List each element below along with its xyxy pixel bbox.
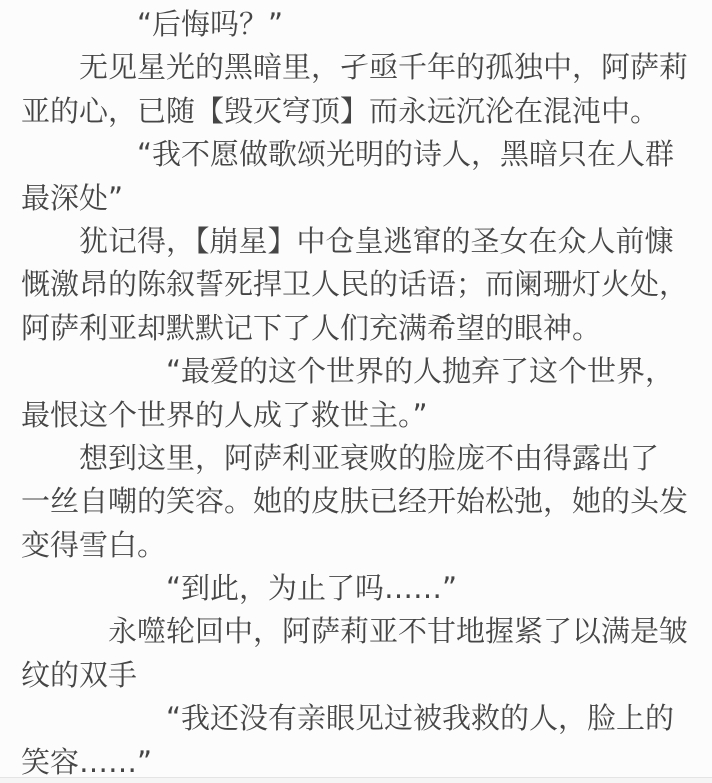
reader-page: “后悔吗？” 无见星光的黑暗里，孑亟千年的孤独中，阿萨莉亚的心，已随【毁灭穹顶】…	[0, 0, 712, 783]
text-line: “到此，为止了吗……”	[21, 567, 692, 610]
text-line: “我不愿做歌颂光明的诗人，黑暗只在人群	[21, 133, 692, 176]
text-line: 慨激昂的陈叙誓死捍卫人民的话语；而阑珊灯火处，	[21, 263, 692, 306]
text-line: 最深处”	[21, 177, 692, 220]
text-line: 纹的双手	[21, 654, 692, 697]
text-line: 永噬轮回中，阿萨莉亚不甘地握紧了以满是皱	[21, 610, 692, 653]
text-line: 一丝自嘲的笑容。她的皮肤已经开始松弛，她的头发	[21, 480, 692, 523]
novel-text-content: “后悔吗？” 无见星光的黑暗里，孑亟千年的孤独中，阿萨莉亚的心，已随【毁灭穹顶】…	[0, 0, 712, 783]
text-line: 犹记得，【崩星】中仓皇逃窜的圣女在众人前慷	[21, 220, 692, 263]
text-line: 变得雪白。	[21, 524, 692, 567]
text-line: 亚的心，已随【毁灭穹顶】而永远沉沦在混沌中。	[21, 90, 692, 133]
text-line: “后悔吗？”	[21, 3, 692, 46]
footer-bar	[0, 777, 712, 783]
text-line: “最爱的这个世界的人抛弃了这个世界，	[21, 350, 692, 393]
text-line: 最恨这个世界的人成了救世主。”	[21, 394, 692, 437]
text-line: 想到这里，阿萨利亚衰败的脸庞不由得露出了	[21, 437, 692, 480]
text-line: “我还没有亲眼见过被我救的人，脸上的	[21, 697, 692, 740]
text-line: 阿萨利亚却默默记下了人们充满希望的眼神。	[21, 307, 692, 350]
text-line: 无见星光的黑暗里，孑亟千年的孤独中，阿萨莉	[21, 46, 692, 89]
